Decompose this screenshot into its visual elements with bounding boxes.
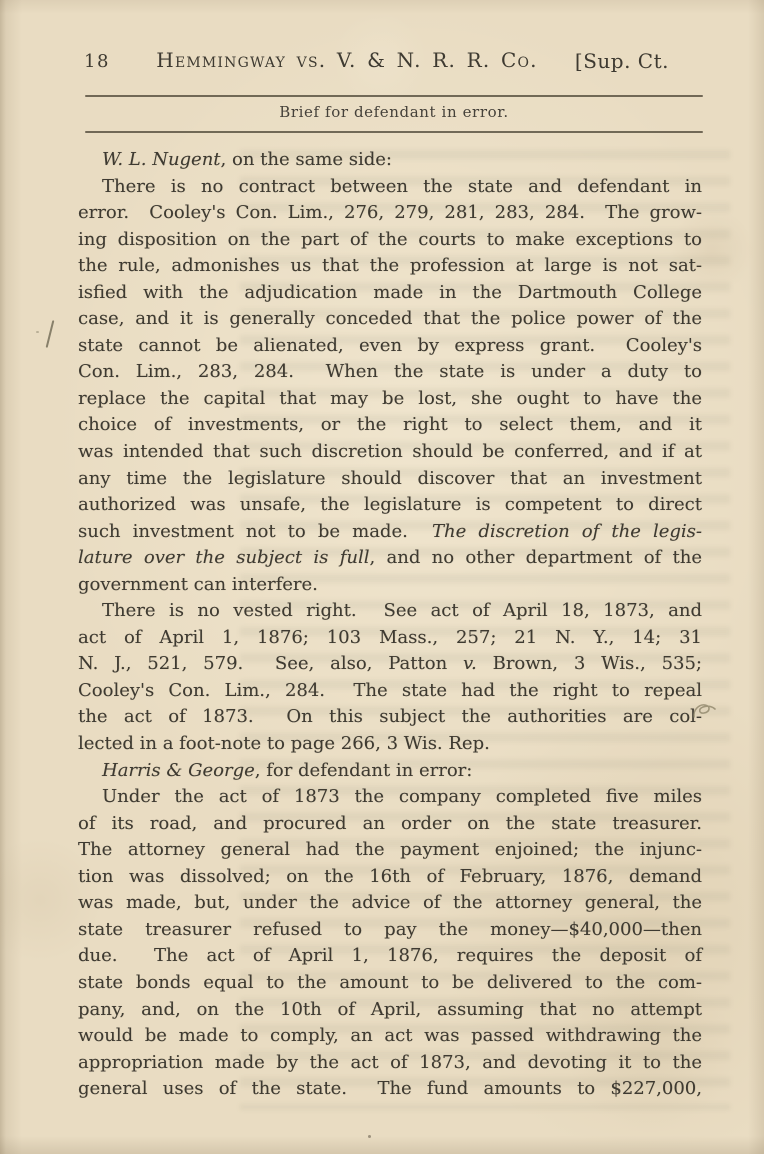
text-segment: replace the capital that may be lost, sh… (78, 388, 702, 409)
text-segment: such investment not to be made. (78, 521, 432, 542)
text-line: The attorney general had the payment enj… (78, 837, 702, 864)
text-segment: state cannot be alienated, even by expre… (78, 335, 702, 356)
text-segment: , and no other department of the (369, 547, 702, 568)
text-segment: Con. Lim., 283, 284. When the state is u… (78, 361, 702, 382)
text-segment: Brown, 3 Wis., 535; (477, 653, 702, 674)
body-text: W. L. Nugent, on the same side:There is … (78, 147, 702, 1103)
book-page: 18 Hemmingway vs. V. & N. R. R. Co. [Sup… (0, 0, 764, 1154)
text-segment: choice of investments, or the right to s… (78, 414, 702, 435)
text-segment: error. Cooley's Con. Lim., 276, 279, 281… (78, 202, 702, 223)
pencil-slash-mark (46, 320, 55, 348)
text-line: state cannot be alienated, even by expre… (78, 333, 702, 360)
text-segment: the rule, admonishes us that the profess… (78, 255, 702, 276)
ink-speck (368, 1135, 371, 1138)
text-segment: pany, and, on the 10th of April, assumin… (78, 999, 702, 1020)
text-line: state treasurer refused to pay the money… (78, 917, 702, 944)
text-segment: appropriation made by the act of 1873, a… (78, 1052, 702, 1073)
text-line: ing disposition on the part of the court… (78, 227, 702, 254)
text-line: W. L. Nugent, on the same side: (78, 147, 702, 174)
text-segment: Cooley's Con. Lim., 284. The state had t… (78, 680, 702, 701)
text-segment: There is no vested right. See act of Apr… (102, 600, 702, 621)
text-line: lected in a foot-note to page 266, 3 Wis… (78, 731, 702, 758)
text-line: of its road, and procured an order on th… (78, 811, 702, 838)
text-segment: case, and it is generally conceded that … (78, 308, 702, 329)
text-segment: tion was dissolved; on the 16th of Febru… (78, 866, 702, 887)
italic-text-segment: Harris & George (102, 760, 255, 781)
text-line: choice of investments, or the right to s… (78, 412, 702, 439)
pencil-dot (36, 331, 39, 333)
text-line: the rule, admonishes us that the profess… (78, 253, 702, 280)
text-line: pany, and, on the 10th of April, assumin… (78, 997, 702, 1024)
text-line: Under the act of 1873 the company comple… (78, 784, 702, 811)
text-segment: any time the legislature should discover… (78, 468, 702, 489)
text-line: was made, but, under the advice of the a… (78, 890, 702, 917)
text-segment: N. J., 521, 579. See, also, Patton (78, 653, 463, 674)
header-rule-top (85, 95, 703, 97)
text-line: the act of 1873. On this subject the aut… (78, 704, 702, 731)
text-line: lature over the subject is full, and no … (78, 545, 702, 572)
text-line: There is no vested right. See act of Apr… (78, 598, 702, 625)
text-line: replace the capital that may be lost, sh… (78, 386, 702, 413)
text-segment: was intended that such discretion should… (78, 441, 702, 462)
text-line: such investment not to be made. The disc… (78, 519, 702, 546)
text-line: error. Cooley's Con. Lim., 276, 279, 281… (78, 200, 702, 227)
header-rule-bottom (85, 131, 703, 133)
text-line: general uses of the state. The fund amou… (78, 1076, 702, 1103)
text-line: any time the legislature should discover… (78, 466, 702, 493)
text-segment: There is no contract between the state a… (102, 176, 702, 197)
italic-text-segment: lature over the subject is full (78, 547, 369, 568)
italic-text-segment: W. L. Nugent (102, 149, 221, 170)
text-segment: of its road, and procured an order on th… (78, 813, 702, 834)
italic-text-segment: v. (463, 653, 477, 674)
text-line: would be made to comply, an act was pass… (78, 1023, 702, 1050)
text-segment: , for defendant in error: (255, 760, 473, 781)
case-title: Hemmingway vs. V. & N. R. R. Co. (156, 48, 537, 72)
text-segment: Under the act of 1873 the company comple… (102, 786, 702, 807)
text-segment: state bonds equal to the amount to be de… (78, 972, 702, 993)
text-line: case, and it is generally conceded that … (78, 306, 702, 333)
text-segment: authorized was unsafe, the legislature i… (78, 494, 702, 515)
text-segment: lected in a foot-note to page 266, 3 Wis… (78, 733, 490, 754)
page-number: 18 (84, 51, 110, 72)
text-line: Cooley's Con. Lim., 284. The state had t… (78, 678, 702, 705)
text-line: due. The act of April 1, 1876, requires … (78, 943, 702, 970)
text-line: state bonds equal to the amount to be de… (78, 970, 702, 997)
text-line: There is no contract between the state a… (78, 174, 702, 201)
court-label: [Sup. Ct. (575, 49, 669, 73)
text-segment: would be made to comply, an act was pass… (78, 1025, 702, 1046)
text-segment: was made, but, under the advice of the a… (78, 892, 702, 913)
text-line: was intended that such discretion should… (78, 439, 702, 466)
text-segment: The attorney general had the payment enj… (78, 839, 702, 860)
text-segment: ing disposition on the part of the court… (78, 229, 702, 250)
text-line: N. J., 521, 579. See, also, Patton v. Br… (78, 651, 702, 678)
running-header: 18 Hemmingway vs. V. & N. R. R. Co. [Sup… (0, 48, 764, 76)
text-line: appropriation made by the act of 1873, a… (78, 1050, 702, 1077)
text-segment: act of April 1, 1876; 103 Mass., 257; 21… (78, 627, 702, 648)
text-segment: general uses of the state. The fund amou… (78, 1078, 702, 1099)
text-segment: state treasurer refused to pay the money… (78, 919, 702, 940)
text-segment: the act of 1873. On this subject the aut… (78, 706, 702, 727)
text-line: isfied with the adjudication made in the… (78, 280, 702, 307)
text-line: authorized was unsafe, the legislature i… (78, 492, 702, 519)
text-segment: government can interfere. (78, 574, 318, 595)
text-line: tion was dissolved; on the 16th of Febru… (78, 864, 702, 891)
italic-text-segment: The discretion of the legis- (432, 521, 702, 542)
section-caption: Brief for defendant in error. (85, 103, 703, 121)
text-segment: , on the same side: (221, 149, 392, 170)
text-line: act of April 1, 1876; 103 Mass., 257; 21… (78, 625, 702, 652)
text-line: government can interfere. (78, 572, 702, 599)
text-line: Con. Lim., 283, 284. When the state is u… (78, 359, 702, 386)
pencil-squiggle-mark (690, 700, 718, 722)
text-segment: due. The act of April 1, 1876, requires … (78, 945, 702, 966)
text-line: Harris & George, for defendant in error: (78, 758, 702, 785)
text-segment: isfied with the adjudication made in the… (78, 282, 702, 303)
